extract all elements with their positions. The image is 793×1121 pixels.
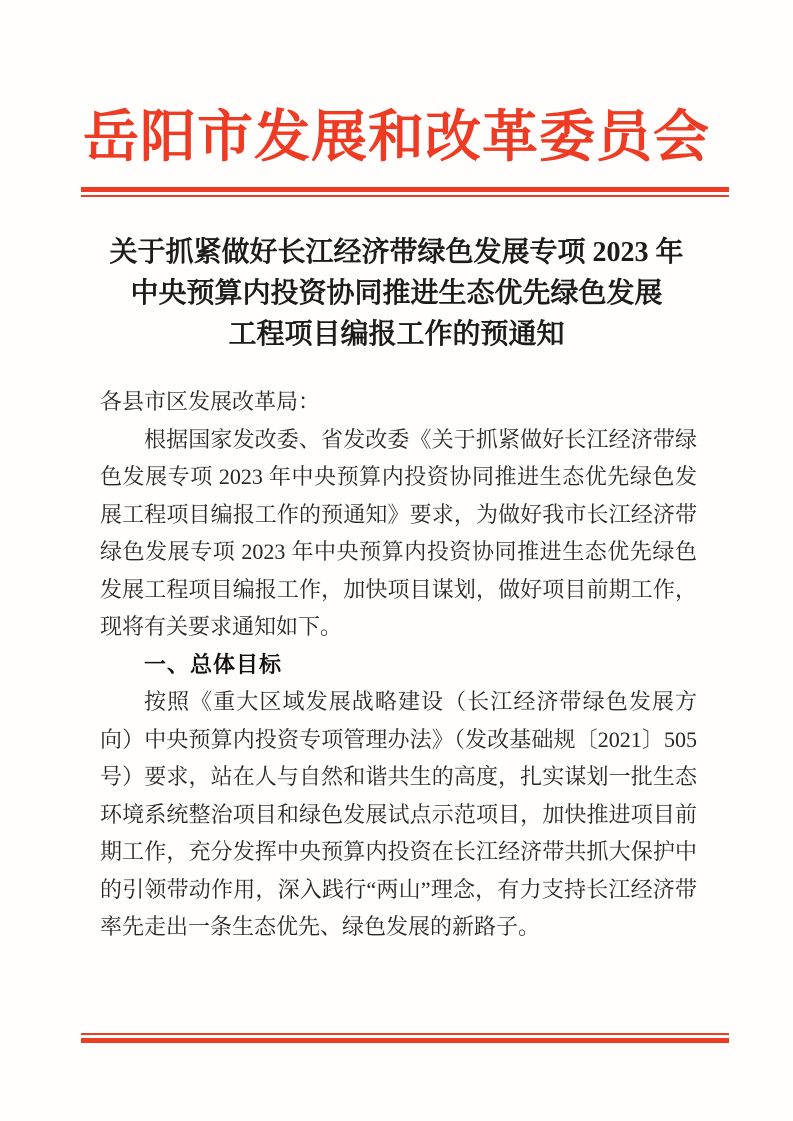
letterhead-divider — [81, 187, 729, 197]
document-title: 关于抓紧做好长江经济带绿色发展专项 2023 年 中央预算内投资协同推进生态优先… — [40, 232, 753, 355]
section-heading-overall-goal: 一、总体目标 — [100, 646, 697, 684]
document-body: 各县市区发展改革局： 根据国家发改委、省发改委《关于抓紧做好长江经济带绿色发展专… — [100, 383, 697, 946]
letterhead-divider-thin-line — [81, 195, 729, 197]
footer-divider-thick-line — [81, 1038, 729, 1043]
document-title-line-2: 中央预算内投资协同推进生态优先绿色发展 — [40, 273, 753, 314]
paragraph-overall-goal: 按照《重大区域发展战略建设（长江经济带绿色发展方向）中央预算内投资专项管理办法》… — [100, 683, 697, 946]
document-title-line-1: 关于抓紧做好长江经济带绿色发展专项 2023 年 — [40, 232, 753, 273]
document-page: 岳阳市发展和改革委员会 关于抓紧做好长江经济带绿色发展专项 2023 年 中央预… — [0, 0, 793, 1121]
footer-divider — [81, 1033, 729, 1043]
salutation: 各县市区发展改革局： — [100, 383, 697, 421]
paragraph-intro: 根据国家发改委、省发改委《关于抓紧做好长江经济带绿色发展专项 2023 年中央预… — [100, 421, 697, 646]
letterhead-agency-name: 岳阳市发展和改革委员会 — [0, 96, 793, 180]
document-title-line-3: 工程项目编报工作的预通知 — [40, 314, 753, 355]
